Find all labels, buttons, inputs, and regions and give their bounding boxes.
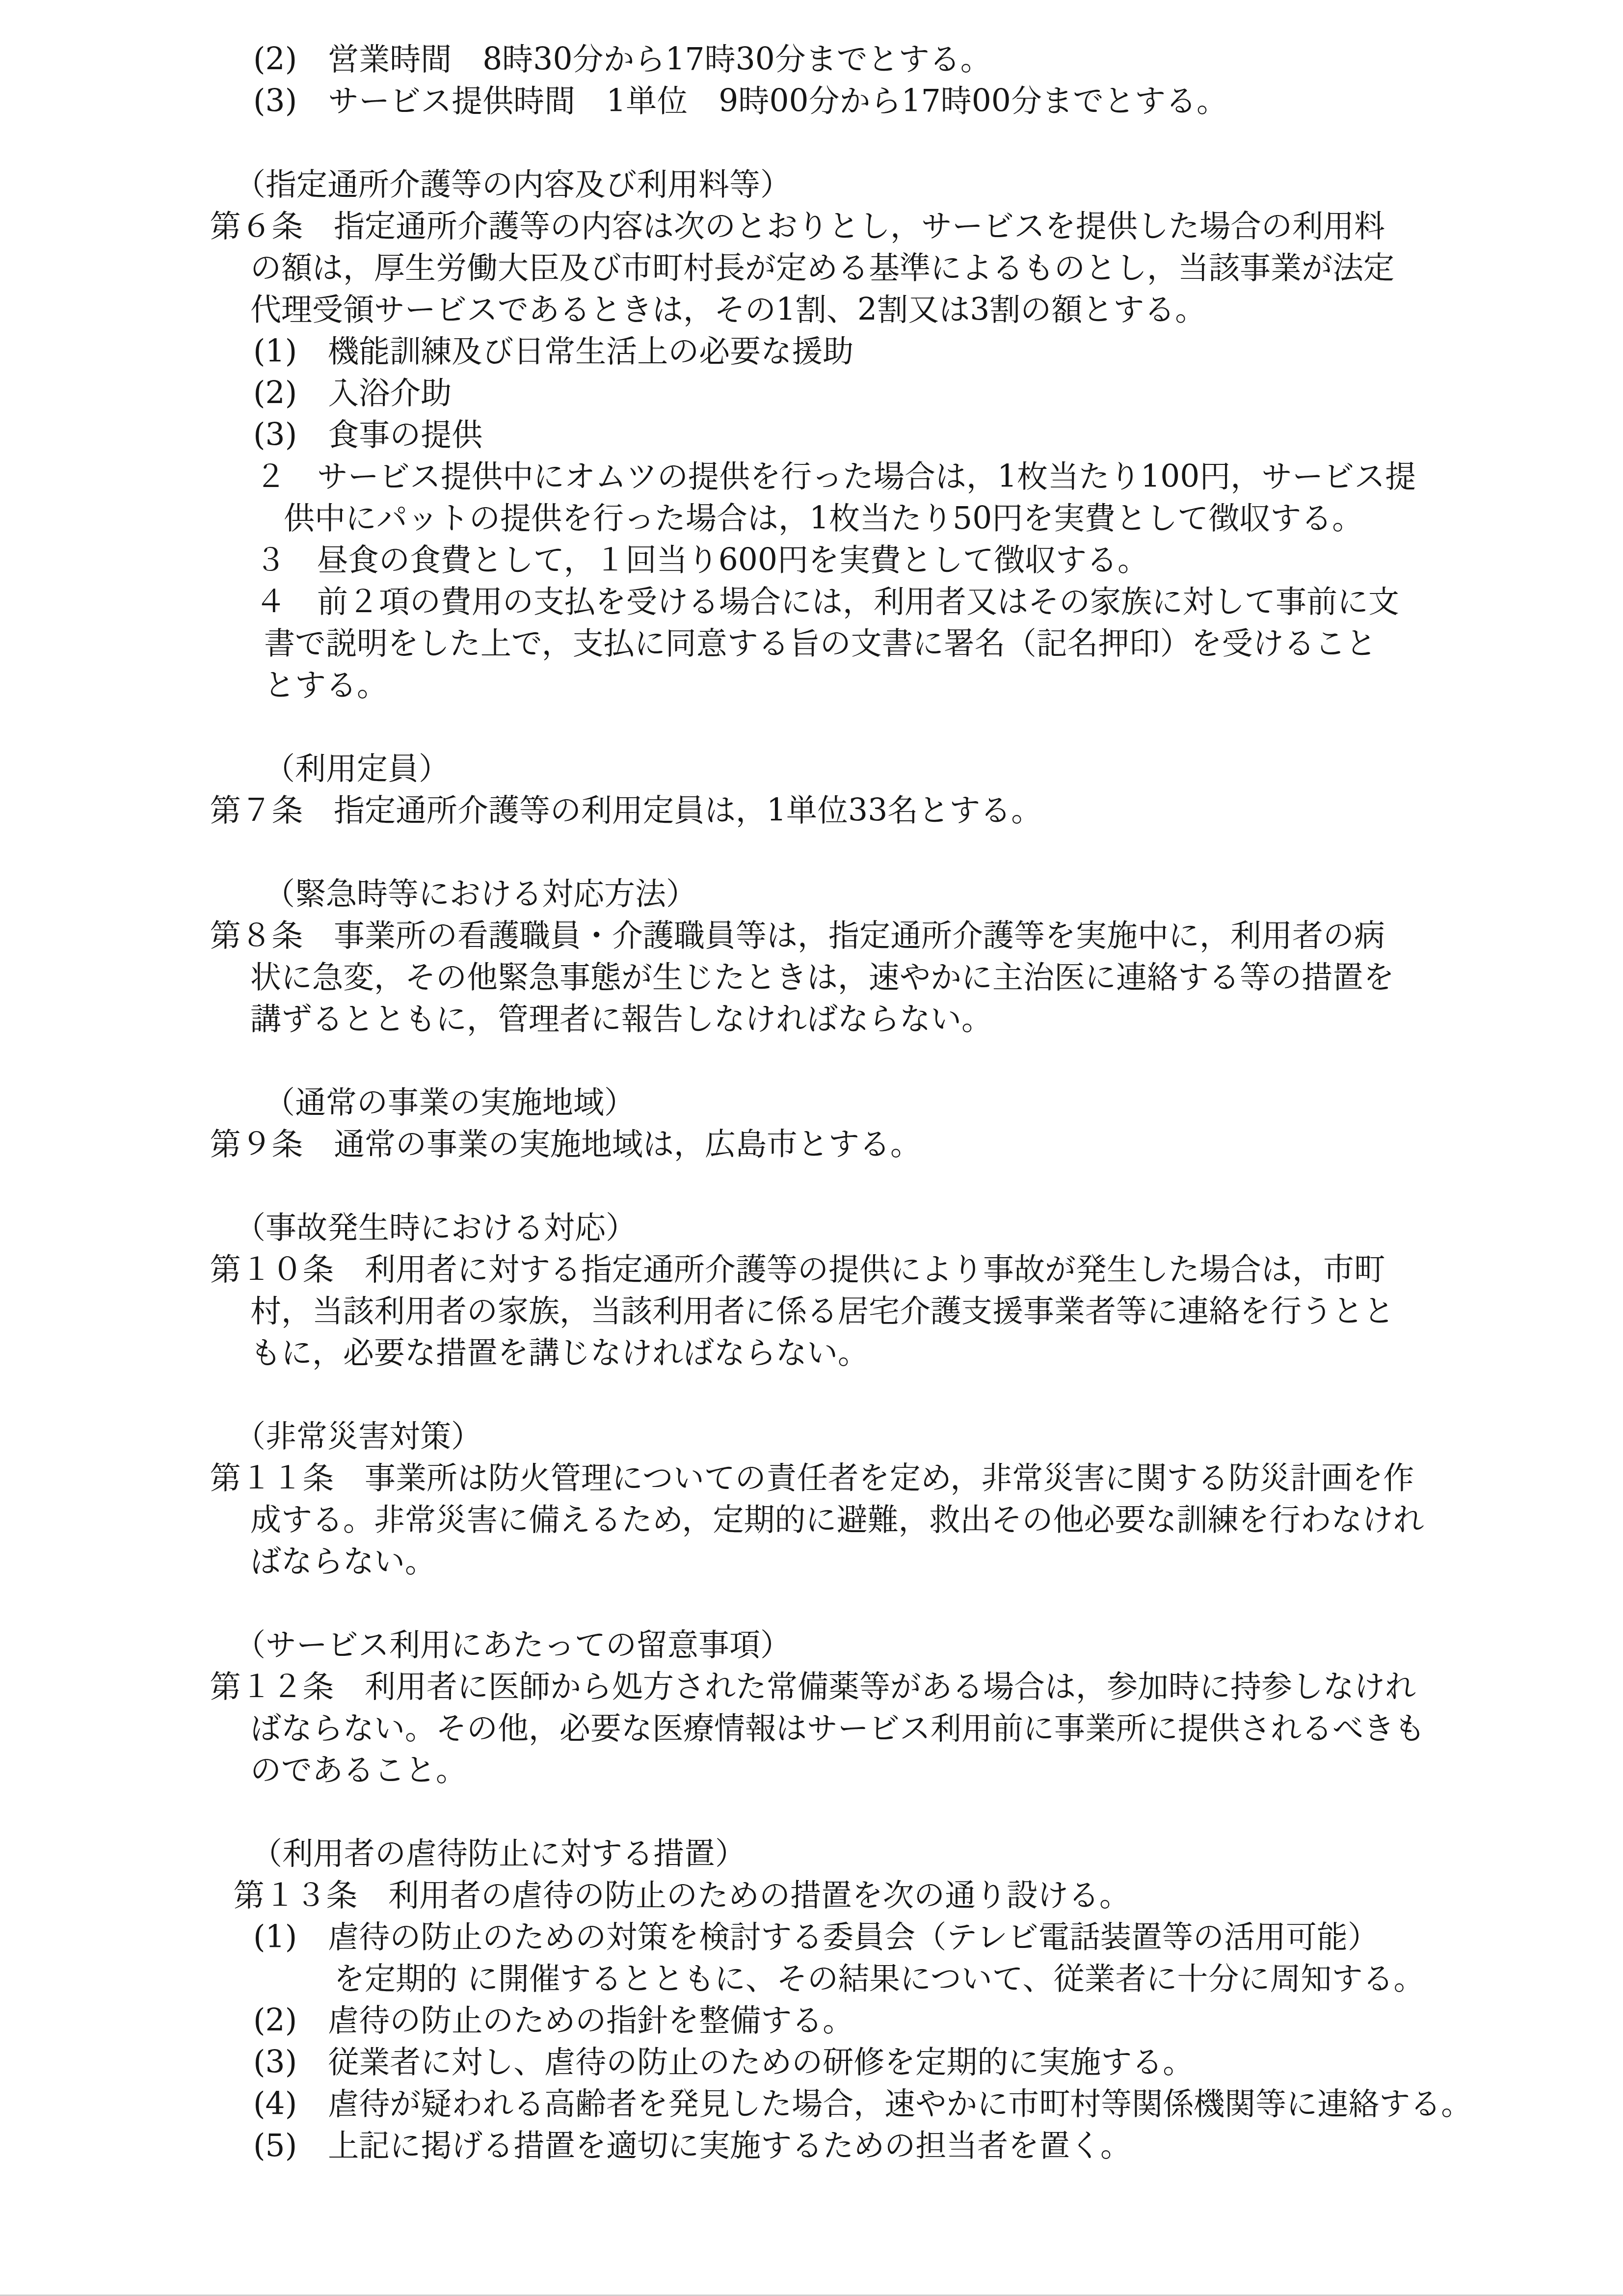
text-line: (2) 営業時間 8時30分から17時30分までとする。: [210, 38, 1515, 80]
text-line: のであること。: [210, 1749, 1515, 1791]
text-line: 書で説明をした上で，支払に同意する旨の文書に署名（記名押印）を受けること: [210, 622, 1515, 664]
blank-line: [210, 831, 1515, 873]
text-line: ４ 前２項の費用の支払を受ける場合には，利用者又はその家族に対して事前に文: [210, 581, 1515, 622]
text-line: の額は，厚生労働大臣及び市町村長が定める基準によるものとし，当該事業が法定: [210, 247, 1515, 289]
text-line: 第１１条 事業所は防火管理についての責任者を定め，非常災害に関する防災計画を作: [210, 1457, 1515, 1499]
text-line: (2) 虐待の防止のための指針を整備する。: [210, 1999, 1515, 2041]
text-line: (4) 虐待が疑われる高齢者を発見した場合，速やかに市町村等関係機関等に連絡する…: [210, 2083, 1515, 2125]
text-line: ３ 昼食の食費として，１回当り600円を実費として徴収する。: [210, 539, 1515, 581]
text-line: （利用者の虐待防止に対する措置）: [210, 1833, 1515, 1874]
text-line: （事故発生時における対応）: [210, 1207, 1515, 1248]
blank-line: [210, 706, 1515, 748]
text-line: 講ずるとともに，管理者に報告しなければならない。: [210, 998, 1515, 1040]
text-line: (3) 従業者に対し、虐待の防止のための研修を定期的に実施する。: [210, 2041, 1515, 2083]
blank-line: [210, 1791, 1515, 1833]
text-line: （非常災害対策）: [210, 1415, 1515, 1457]
text-line: (2) 入浴介助: [210, 372, 1515, 414]
text-line: （緊急時等における対応方法）: [210, 873, 1515, 915]
text-line: とする。: [210, 664, 1515, 706]
text-line: 第６条 指定通所介護等の内容は次のとおりとし，サービスを提供した場合の利用料: [210, 205, 1515, 247]
text-line: (3) サービス提供時間 1単位 9時00分から17時00分までとする。: [210, 80, 1515, 122]
text-line: ばならない。: [210, 1540, 1515, 1582]
text-line: （サービス利用にあたっての留意事項）: [210, 1624, 1515, 1666]
text-line: 第１２条 利用者に医師から処方された常備薬等がある場合は，参加時に持参しなけれ: [210, 1666, 1515, 1707]
text-line: （利用定員）: [210, 748, 1515, 789]
text-line: 第１０条 利用者に対する指定通所介護等の提供により事故が発生した場合は，市町: [210, 1248, 1515, 1290]
text-line: 第９条 通常の事業の実施地域は，広島市とする。: [210, 1123, 1515, 1165]
text-line: (1) 虐待の防止のための対策を検討する委員会（テレビ電話装置等の活用可能）: [210, 1916, 1515, 1958]
text-line: （通常の事業の実施地域）: [210, 1081, 1515, 1123]
text-line: (1) 機能訓練及び日常生活上の必要な援助: [210, 330, 1515, 372]
text-line: 成する。非常災害に備えるため，定期的に避難，救出その他必要な訓練を行わなけれ: [210, 1499, 1515, 1540]
text-line: 状に急変，その他緊急事態が生じたときは，速やかに主治医に連絡する等の措置を: [210, 956, 1515, 998]
text-line: (5) 上記に掲げる措置を適切に実施するための担当者を置く。: [210, 2125, 1515, 2166]
text-line: 第７条 指定通所介護等の利用定員は，1単位33名とする。: [210, 789, 1515, 831]
text-line: 村，当該利用者の家族，当該利用者に係る居宅介護支援事業者等に連絡を行うとと: [210, 1290, 1515, 1332]
blank-line: [210, 1582, 1515, 1624]
text-line: ２ サービス提供中にオムツの提供を行った場合は，1枚当たり100円，サービス提: [210, 456, 1515, 497]
text-line: を定期的 に開催するとともに、その結果について、従業者に十分に周知する。: [210, 1958, 1515, 1999]
text-line: もに，必要な措置を講じなければならない。: [210, 1332, 1515, 1374]
blank-line: [210, 1374, 1515, 1415]
blank-line: [210, 1040, 1515, 1081]
text-line: 第１３条 利用者の虐待の防止のための措置を次の通り設ける。: [210, 1874, 1515, 1916]
text-line: 第８条 事業所の看護職員・介護職員等は，指定通所介護等を実施中に，利用者の病: [210, 915, 1515, 956]
document-page: (2) 営業時間 8時30分から17時30分までとする。(3) サービス提供時間…: [0, 0, 1623, 2296]
text-line: 供中にパットの提供を行った場合は，1枚当たり50円を実費として徴収する。: [210, 497, 1515, 539]
blank-line: [210, 122, 1515, 163]
text-line: (3) 食事の提供: [210, 414, 1515, 456]
text-line: ばならない。その他，必要な医療情報はサービス利用前に事業所に提供されるべきも: [210, 1707, 1515, 1749]
text-line: （指定通所介護等の内容及び利用料等）: [210, 163, 1515, 205]
blank-line: [210, 1165, 1515, 1207]
text-line: 代理受領サービスであるときは，その1割、2割又は3割の額とする。: [210, 289, 1515, 330]
document-body: (2) 営業時間 8時30分から17時30分までとする。(3) サービス提供時間…: [0, 0, 1623, 2166]
